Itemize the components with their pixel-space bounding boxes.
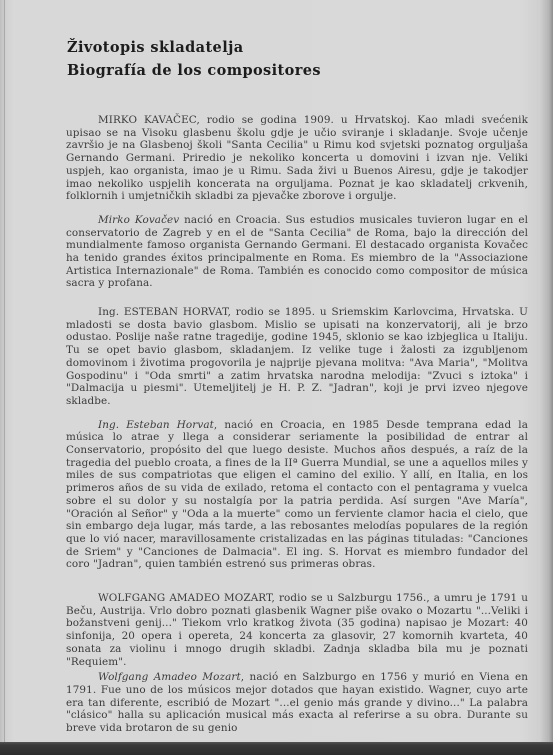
bio-croatian: Ing. ESTEBAN HORVAT, rodio se 1895. u Sr… — [66, 306, 528, 408]
section-kavacec: MIRKO KAVAČEC, rodio se godina 1909. u H… — [66, 114, 528, 290]
section-horvat: Ing. ESTEBAN HORVAT, rodio se 1895. u Sr… — [66, 306, 528, 571]
page-header: Životopis skladatelja Biografía de los c… — [67, 36, 321, 82]
book-page: Životopis skladatelja Biografía de los c… — [0, 0, 553, 742]
composer-name-italic: Mirko Kovačev — [98, 214, 179, 226]
section-mozart: WOLFGANG AMADEO MOZART, rodio se u Salzb… — [66, 592, 528, 735]
title-spanish: Biografía de los compositores — [67, 59, 321, 82]
composer-name-italic: Ing. Esteban Horvat — [98, 419, 214, 431]
bio-spanish: Ing. Esteban Horvat, nació en Croacia, e… — [66, 419, 528, 571]
page-spine-edge — [4, 0, 5, 742]
bio-spanish: Mirko Kovačev nació en Croacia. Sus estu… — [66, 214, 528, 290]
bio-croatian: WOLFGANG AMADEO MOZART, rodio se u Salzb… — [66, 592, 528, 668]
composer-name-italic: Wolfgang Amadeo Mozart — [98, 671, 241, 683]
bio-spanish: Wolfgang Amadeo Mozart, nació en Salzbur… — [66, 671, 528, 735]
bio-croatian: MIRKO KAVAČEC, rodio se godina 1909. u H… — [66, 114, 528, 203]
bio-spanish-text: , nació en Croacia, en 1985 Desde tempra… — [66, 419, 528, 571]
title-croatian: Životopis skladatelja — [67, 36, 321, 59]
scan-bottom-edge — [0, 742, 553, 755]
